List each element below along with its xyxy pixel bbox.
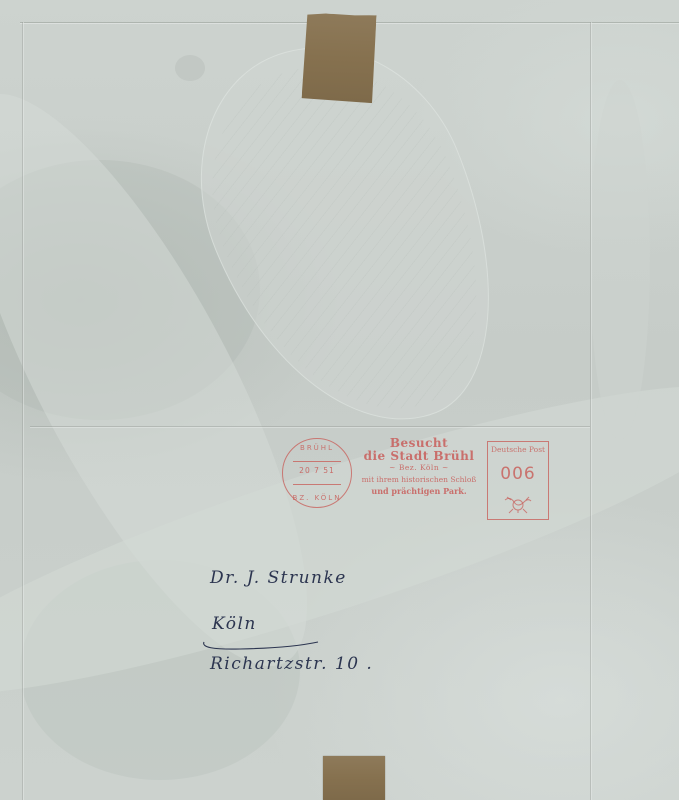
slogan-line-1: Besucht xyxy=(352,437,486,450)
cancel-town: BRÜHL xyxy=(283,444,351,452)
background-pattern-band xyxy=(0,53,369,707)
background-pattern-band xyxy=(0,334,679,745)
city-underline xyxy=(200,638,320,652)
advertising-slogan: Besucht die Stadt Brühl ~ Bez. Köln ~ mi… xyxy=(352,437,486,495)
recipient-street: Richartzstr. 10 . xyxy=(210,654,373,674)
fold-line xyxy=(590,22,591,800)
postage-value: 006 xyxy=(488,464,548,484)
recipient-name: Dr. J. Strunke xyxy=(210,568,347,588)
peacock-eye-pattern xyxy=(175,55,205,81)
slogan-line-3: ~ Bez. Köln ~ xyxy=(352,464,486,472)
tape-strip-top xyxy=(301,13,376,103)
cancel-district: BZ. KÖLN xyxy=(283,494,351,502)
cancel-date: 20 7 51 xyxy=(283,466,351,475)
fold-line xyxy=(22,22,23,800)
fold-line xyxy=(30,426,590,427)
slogan-line-2: die Stadt Brühl xyxy=(352,450,486,463)
posthorn-icon xyxy=(502,494,534,514)
slogan-line-5: und prächtigen Park. xyxy=(352,487,486,495)
background-pattern-shape xyxy=(0,160,260,420)
envelope-paper xyxy=(0,0,679,800)
slogan-line-4: mit ihrem historischen Schloß xyxy=(352,476,486,484)
postal-authority: Deutsche Post xyxy=(490,445,546,454)
recipient-city: Köln xyxy=(212,614,257,634)
tape-strip-bottom xyxy=(323,756,385,800)
postage-value-box: Deutsche Post 006 xyxy=(487,441,549,520)
background-pattern-shape xyxy=(590,80,650,440)
date-cancel-circle: BRÜHL 20 7 51 BZ. KÖLN xyxy=(282,438,352,508)
